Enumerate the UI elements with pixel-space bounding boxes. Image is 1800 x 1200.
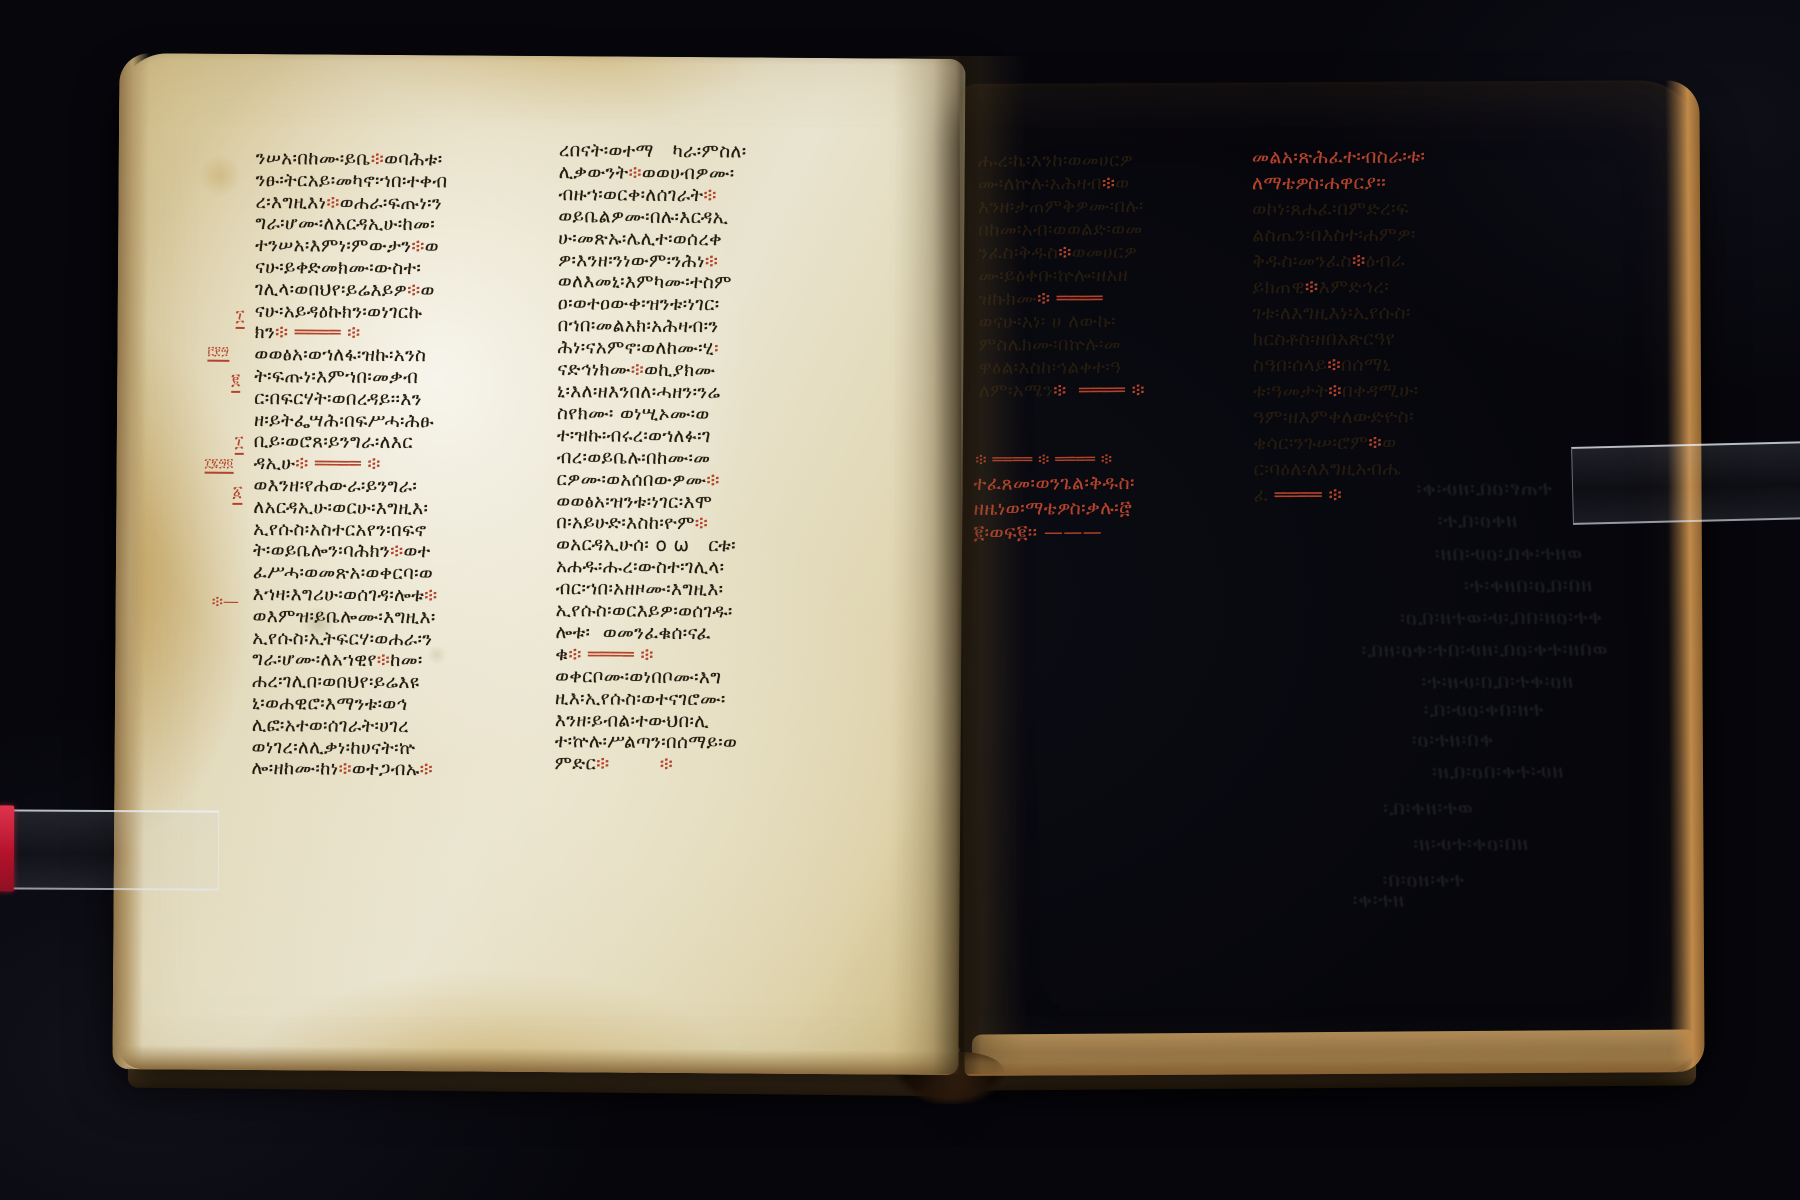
text-line: ት፡ወይቤሎን፡ባሕክን፨ወተ xyxy=(253,540,559,564)
margin-numerals: ፲፫፻፵፪፲፲፯፵፬፩፨— xyxy=(200,54,267,1070)
text-line: ብዙኀ፡ወርቀ፡ለሰገራት፨ xyxy=(559,184,865,208)
text-line: ንፁ፡ትርአይ፡መካኖ፡ኀበ፡ተቀብ xyxy=(256,170,562,194)
text-line: ረ፡እግዚእነ፨ወሐራ፡ፍጡነ፡ን xyxy=(255,192,561,216)
text-line: ርዎሙ፡ወአሰበውዎሙ፨ xyxy=(557,469,863,493)
text-line: ብር፡ኀበ፡አዘዞሙ፡እግዚእ፡ xyxy=(556,578,862,602)
bleed-through-line: ተዘ፡በቀ፡ዐሁ፡ቢ፡ xyxy=(1422,697,1543,722)
right-page-column-2: መልአ፡ጽሕፈተ፡ብስራ፡ቱ፡ለማቴዎስ፡ሐዋርያ፡፡ወኮነ፡ጸሐፈ፡በምድረ፡… xyxy=(1252,143,1590,509)
text-line: ቅዱስ፡መንፈስ፨ዕብራ xyxy=(1252,247,1588,275)
text-line: ቱ፡ዓመታት፨በቀዳሚሁ፡ xyxy=(1253,377,1589,405)
text-line: ት፡ፍጡነ፡እምኀበ፡መቃብ xyxy=(254,366,560,390)
text-line: ንሠአ፡በከሙ፡ይቤ፨ወባሕቱ፡ xyxy=(256,148,562,172)
text-line: ሙ፡ለኵሉ፡አሕዛብ፨ወ xyxy=(978,171,1250,195)
bleed-through-line: ወበዘ፡ተቀ፡ዐቢ፡ዘሁ፡በተ፡ቀዐ፡ዘቢ፡ xyxy=(1360,637,1607,662)
text-line: ሊቃውንት፨ወወሀብዎሙ፡ xyxy=(559,162,865,186)
text-line: ወወፅአ፡ዝንቱ፡ነገር፡እሞ xyxy=(556,491,862,515)
left-page-column-2: ረበናት፡ወተማ ካራ፡ምስለ፡ሊቃውንት፨ወወሀብዎሙ፡ብዙኀ፡ወርቀ፡ለሰገ… xyxy=(555,140,865,777)
text-line: ወኮነ፡ጸሐፈ፡በምድረ፡ፍ xyxy=(1252,195,1588,223)
left-page: ንሠአ፡በከሙ፡ይቤ፨ወባሕቱ፡ንፁ፡ትርአይ፡መካኖ፡ኀበ፡ተቀብረ፡እግዚእ… xyxy=(112,53,965,1075)
text-line: ዐ፡ወተዐውቀ፡ዝንቱ፡ነገር፡ xyxy=(558,293,864,317)
text-line: እኀዛ፡እግሪሁ፡ወሰገዳ፡ሎቱ፨ xyxy=(253,584,559,608)
text-line: ፪፡ወፍ፪፡፡ ——— xyxy=(974,519,1274,545)
text-line: ወለእመኒ፡እምካሙ፡ተስም xyxy=(558,272,864,296)
text-line: ዓም፡ዘእምቀለውድዮስ፡ xyxy=(1253,403,1589,431)
bleed-through-line: ወዘተ፡ቀቢ፡ዐሁ፡በዘ፡ xyxy=(1434,541,1582,566)
text-line: ስየክሙ፡ ወነሢኦሙ፡ወ xyxy=(557,403,863,427)
left-page-column-1: ንሠአ፡በከሙ፡ይቤ፨ወባሕቱ፡ንፁ፡ትርአይ፡መካኖ፡ኀበ፡ተቀብረ፡እግዚእ… xyxy=(251,148,561,782)
ornamental-divider-row: ፨ ════ ፨ ════ ፨ xyxy=(975,448,1275,470)
margin-numeral: ፨— xyxy=(212,592,239,612)
right-page-edge xyxy=(1665,80,1704,1072)
text-line: ሎቱ፡ ወመንፈቁሰ፡ናፈ xyxy=(555,622,861,646)
text-line: እንዘ፡ይብል፡ተውህበ፡ሊ xyxy=(555,710,861,734)
text-line: ተንሠአ፡እምነ፡ምውታን፨ወ xyxy=(255,235,561,259)
bleed-through-line: ዘሁ፡ተቀ፡በዐ፡ቢዘ፡ xyxy=(1431,759,1563,784)
text-line: ለማቴዎስ፡ሐዋርያ፡፡ xyxy=(1252,169,1588,197)
text-line: ተፈጸመ፡ወንጌል፡ቅዱስ፡ xyxy=(973,470,1273,496)
text-line: ብረ፡ወይቤሉ፡በከሙ፡መ xyxy=(557,447,863,471)
text-line: ፈ ════ ፨ xyxy=(1253,481,1589,509)
margin-numeral: ፫፻፵ xyxy=(207,344,229,362)
text-line: ወአርዳኢሁሰ፡ ο ω ርቱ፡ xyxy=(556,534,862,558)
photograph: ንሠአ፡በከሙ፡ይቤ፨ወባሕቱ፡ንፁ፡ትርአይ፡መካኖ፡ኀበ፡ተቀብረ፡እግዚእ… xyxy=(0,0,1800,1200)
margin-numeral: ፲ xyxy=(236,306,245,329)
text-line: ሎ፡ዘከሙ፡ከነ፨ወተጋብኡ፨ xyxy=(251,758,557,782)
bleed-through-line: ተቀ፡ዘዐ፡በ፡ xyxy=(1381,867,1463,891)
text-line: ኢየሱስ፡ኢትፍርሃ፡ወሐራ፡ን xyxy=(252,628,558,652)
text-line: ቢይ፡ወሮጸ፡ይንግራ፡ለእር xyxy=(254,431,560,455)
text-line: ዝኩክሙ፨ ════ xyxy=(978,286,1250,310)
text-line: ወእምዝ፡ይቤሎሙ፡እግዚእ፡ xyxy=(253,606,559,630)
margin-numeral: ፪ xyxy=(231,370,240,393)
text-line: ር፡በፍርሃት፡ወበረዳይ፡፡እን xyxy=(254,388,560,412)
text-line: ስዓበ፡ሰላይ፨በሰማኒ xyxy=(1253,351,1589,379)
text-line: ወወፅአ፡ወኀለፋ፡ዝኩ፡አንስ xyxy=(254,344,560,368)
text-line: ገቱ፡ለእግዚእነ፡ኢየሱስ፡ xyxy=(1253,299,1589,327)
text-line: ግራ፡ሆሙ፡ለአኀዊየ፨ከመ፡ xyxy=(252,649,558,673)
bleed-through-line: ዘተ፡ቀ፡ xyxy=(1351,888,1403,912)
text-line: ወቀርቦሙ፡ወነበቦሙ፡እግ xyxy=(555,666,861,690)
text-line: ሁ፡መጽኡ፡ሌሊተ፡ወሰረቀ xyxy=(558,228,864,252)
text-line: ወናሁ፡አነ፡ ሀ ለውኩ፡ xyxy=(979,309,1251,333)
text-line: ቁ፨ ════ ፨ xyxy=(555,644,861,668)
text-line: ኢየሱስ፡ወርእይዎ፡ወሰገዱ፡ xyxy=(556,600,862,624)
left-page-edge xyxy=(112,53,149,1069)
text-line: ክን፨ ════ ፨ xyxy=(255,322,561,346)
text-line: ክርስቶስ፡ዘበአጽርዓየ xyxy=(1253,325,1589,353)
bleed-through-line: ዘዐ፡ቀተ፡ቢበ፡ሁዘ፡ተ፡ xyxy=(1420,669,1573,694)
text-line: በከመ፡አብ፡ወወልድ፡ወመ xyxy=(978,217,1250,241)
text-line: ኒ፡እለ፡ዘእንበለ፡ሓዘን፡ንሬ xyxy=(557,381,863,405)
text-line: ሊፎ፡አተወ፡ሰገራት፡ሀገረ xyxy=(252,715,558,739)
red-tab xyxy=(0,805,14,891)
text-line: አሐዱ፡ሑረ፡ውስተ፡ገሊላ፡ xyxy=(556,556,862,580)
right-page-column-1: ሑረ፡ኬ፡እንከ፡ወመሀርዎሙ፡ለኵሉ፡አሕዛብ፨ወእንዘ፡ታጠምቅዎሙ፡በሉ፡… xyxy=(978,148,1251,402)
bleed-through-line: ቀበ፡ዘተ፡ዐ፡ xyxy=(1411,727,1493,751)
text-line: ዳኢሁ፨ ════ ፨ xyxy=(254,453,560,477)
text-line: ዘዜነወ፡ማቴዎስ፡ቃሉ፡፸ xyxy=(974,495,1274,521)
bleed-through-line: ቀተ፡ዐዘ፡በቢ፡ሁ፡ወተዘ፡ቢዐ፡ xyxy=(1400,605,1603,630)
text-line: መልአ፡ጽሕፈተ፡ብስራ፡ቱ፡ xyxy=(1252,143,1588,171)
text-line: ወይቤልዎሙ፡በሉ፡እርዳኢ xyxy=(558,206,864,230)
text-line: ምድር፨ ፨ xyxy=(555,753,861,777)
bleed-through-line: ወተ፡ዘቀ፡ቢ፡ xyxy=(1383,795,1474,819)
text-line: ሐረ፡ገሊበ፡ወበህየ፡ይሬእዩ xyxy=(252,671,558,695)
right-page-bottom-edge xyxy=(964,1048,1696,1076)
text-line: ሑረ፡ኬ፡እንከ፡ወመሀርዎ xyxy=(978,148,1250,172)
right-page: ሑረ፡ኬ፡እንከ፡ወመሀርዎሙ፡ለኵሉ፡አሕዛብ፨ወእንዘ፡ታጠምቅዎሙ፡በሉ፡… xyxy=(959,80,1704,1076)
acrylic-strip-right xyxy=(1571,441,1800,525)
text-line: ቄሳር፡ንጉሠ፡ሮም፨ወ xyxy=(1253,429,1589,457)
margin-numeral: ፲፯፵፬ xyxy=(205,456,234,474)
text-line: በ፡አይሁድ፡እስከ፡ዮም፨ xyxy=(556,513,862,537)
text-line: ሙ፡ይዕቀቡ፡ኵሎ፡ዘአዘ xyxy=(978,263,1250,287)
text-line: ግራ፡ሆሙ፡ለአርዳኢሁ፡ከመ፡ xyxy=(255,213,561,237)
text-line: ምስሌክሙ፡በኵሉ፡መ xyxy=(979,332,1251,356)
text-line: ናሁ፡አይዳዕኩክን፡ወነገርኩ xyxy=(255,301,561,325)
text-line: ንፈስ፡ቅዱስ፨ወመሀርዎ xyxy=(978,240,1250,264)
text-line: ፈሥሓ፡ወመጽአ፡ወቀርባ፡ወ xyxy=(253,562,559,586)
text-line: ይክጠዊ፨እምድኅረ፡ xyxy=(1252,273,1588,301)
text-line: ር፡ባዕለ፡ለእግዚአብሔ xyxy=(1253,455,1589,483)
text-line: ረበናት፡ወተማ ካራ፡ምስለ፡ xyxy=(559,140,865,164)
rubric-colophon: ተፈጸመ፡ወንጌል፡ቅዱስ፡ዘዜነወ፡ማቴዎስ፡ቃሉ፡፸፪፡ወፍ፪፡፡ ——— xyxy=(973,470,1273,545)
text-line: ሕነ፡ናአምኖ፡ወለከሙ፡ሂ፡ xyxy=(557,337,863,361)
bleed-through-line: ዘበ፡ቢዐ፡በዘቀ፡ተ፡ xyxy=(1463,573,1592,598)
text-line: ለም፡አሜን፨ ════ ፨ xyxy=(979,378,1251,402)
text-line: ተ፡ዝኩ፡ብሩረ፡ወኀለፉ፡ገ xyxy=(557,425,863,449)
text-line: ዎ፡እንዘ፡ንነውም፡ንሕነ፨ xyxy=(558,250,864,274)
text-line: ወነገረ፡ለሊቃነ፡ከሀናት፡ኵ xyxy=(252,737,558,761)
margin-numeral: ፲ xyxy=(235,432,244,455)
text-line: ገሊላ፡ወበህየ፡ይሬእይዎ፨ወ xyxy=(255,279,561,303)
text-line: በኀበ፡መልአክ፡አሕዛብ፡ን xyxy=(558,315,864,339)
text-line: ዚእ፡ኢየሱስ፡ወተናገሮሙ፡ xyxy=(555,688,861,712)
text-line: ኒ፡ወሐዊሮ፡እማንቱ፡ወኅ xyxy=(252,693,558,717)
text-line: ፨ ════ ፨ ════ ፨ xyxy=(975,448,1275,470)
margin-numeral: ፩ xyxy=(232,482,242,505)
text-line: ዋዕል፡እስከ፡ኅልቀተ፡ዓ xyxy=(979,355,1251,379)
text-line: እንዘ፡ታጠምቅዎሙ፡በሉ፡ xyxy=(978,194,1250,218)
text-line: ወእንዘ፡የሐውራ፡ይንግራ፡ xyxy=(253,475,559,499)
bleed-through-line: ዘቀዐ፡ቢተ፡ xyxy=(1436,508,1517,532)
text-line: ዘ፡ይትፌሣሕ፡በፍሥሓ፡ሕፁ xyxy=(254,410,560,434)
text-line: ናድኅነክሙ፨ወኪያክሙ xyxy=(557,359,863,383)
bleed-through-line: ዘበ፡ዐቀ፡ተሁ፡ዘ፡ xyxy=(1413,831,1529,856)
text-line: ልስጤን፡በእስተ፡ሐምዎ፡ xyxy=(1252,221,1588,249)
text-line: ለአርዳኢሁ፡ወርሁ፡እግዚእ፡ xyxy=(253,497,559,521)
text-line: ተ፡ኵሉ፡ሥልጣን፡በሰማይ፡ወ xyxy=(555,732,861,756)
text-line: ናሁ፡ይቀድመክሙ፡ውስተ፡ xyxy=(255,257,561,281)
text-line: ኢየሱስ፡አስተርአየን፡በፍኖ xyxy=(253,519,559,543)
acrylic-strip-left xyxy=(0,809,219,890)
